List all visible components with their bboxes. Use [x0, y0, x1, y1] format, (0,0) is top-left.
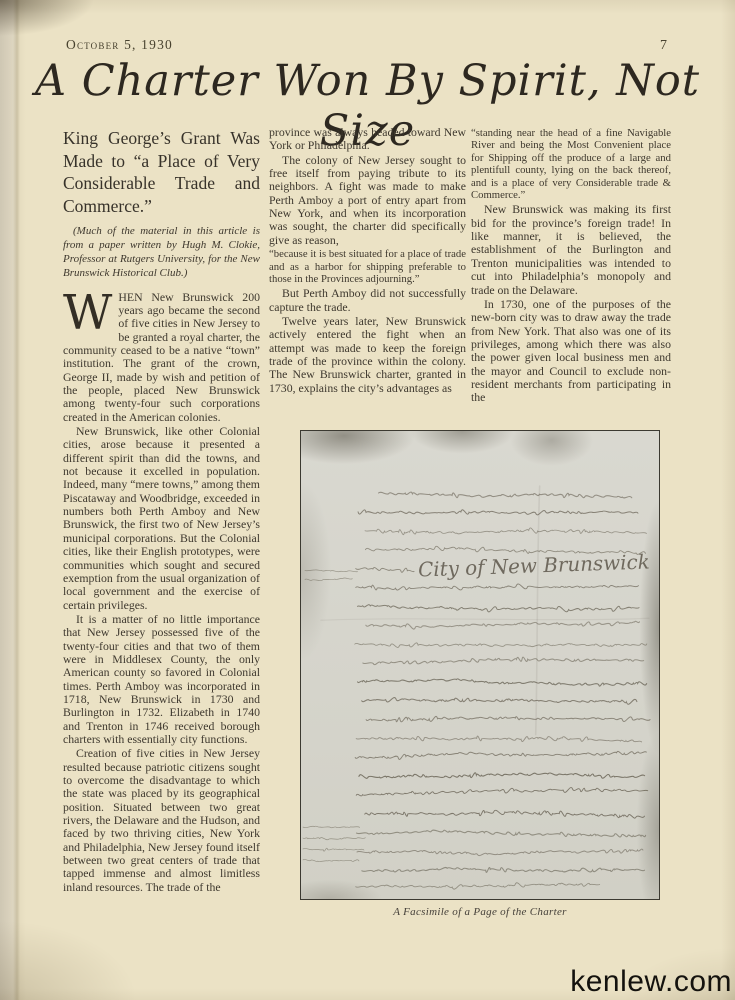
paragraph: WHEN New Brunswick 200 years ago became …: [63, 291, 260, 424]
facsimile-handwriting: City of New Brunswick: [301, 431, 659, 899]
page-header: October 5, 1930 7: [66, 37, 673, 54]
page-number: 7: [660, 38, 667, 54]
dropcap-w: W: [63, 291, 118, 332]
column-left: King George’s Grant Was Made to “a Place…: [63, 126, 260, 895]
watermark: kenlew.com: [570, 965, 732, 999]
credit-note: (Much of the material in this article is…: [63, 225, 260, 281]
paragraph: New Brunswick was making its first bid f…: [471, 203, 671, 296]
paragraph: New Brunswick, like other Colonial citie…: [63, 425, 260, 612]
article-subheading: King George’s Grant Was Made to “a Place…: [63, 127, 260, 217]
paragraph: But Perth Amboy did not successfully cap…: [269, 287, 466, 314]
paragraph: It is a matter of no little importance t…: [63, 613, 260, 746]
paragraph: The colony of New Jersey sought to free …: [269, 154, 466, 247]
facsimile-caption: A Facsimile of a Page of the Charter: [300, 906, 660, 918]
issue-date: October 5, 1930: [66, 37, 173, 53]
paragraph: Creation of five cities in New Jersey re…: [63, 747, 260, 894]
charter-quote: “standing near the head of a fine Naviga…: [471, 127, 671, 201]
scanned-magazine-page: October 5, 1930 7 A Charter Won By Spiri…: [0, 0, 735, 1000]
paragraph: In 1730, one of the purposes of the new-…: [471, 298, 671, 405]
charter-quote: “because it is best situated for a place…: [269, 248, 466, 285]
paragraph: province was always headed toward New Yo…: [269, 126, 466, 153]
column-middle: province was always headed toward New Yo…: [269, 126, 466, 396]
paragraph: Twelve years later, New Brunswick active…: [269, 315, 466, 395]
column-right: “standing near the head of a fine Naviga…: [471, 126, 671, 406]
facsimile-legible-text: City of New Brunswick: [418, 550, 650, 581]
charter-facsimile-photo: City of New Brunswick: [300, 430, 660, 900]
